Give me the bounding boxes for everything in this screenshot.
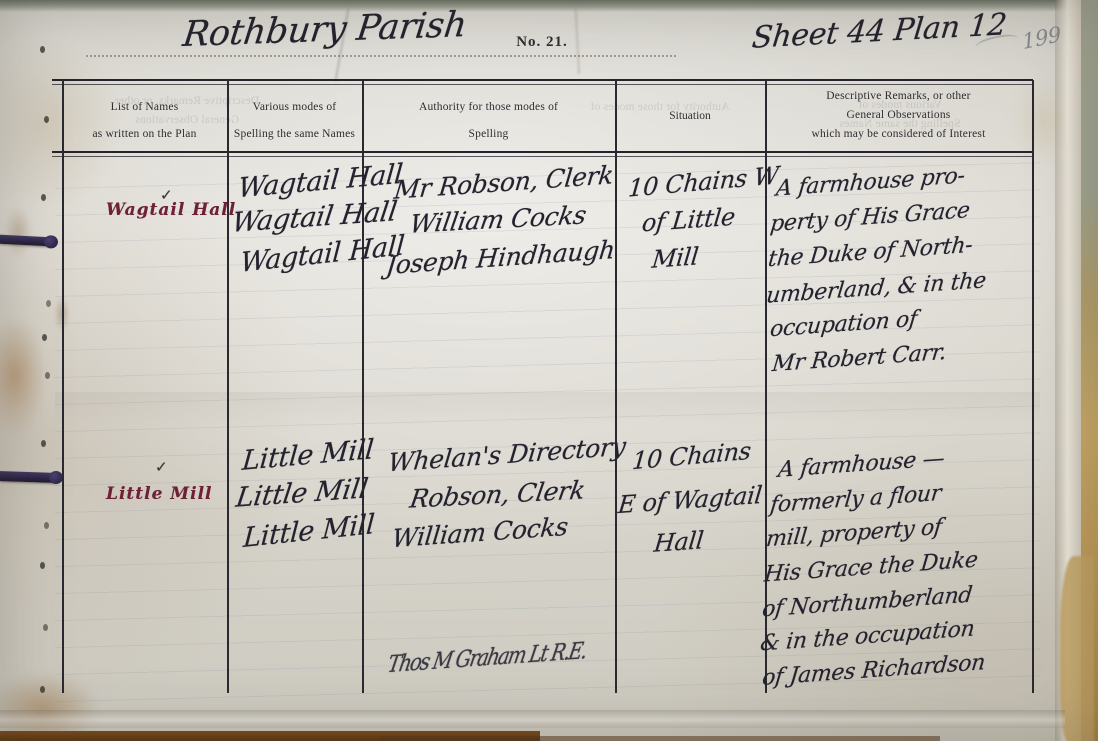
stitch-hole <box>40 46 45 53</box>
wood-table-edge <box>380 736 940 741</box>
column-divider <box>615 80 617 693</box>
paper-fold-shade <box>55 392 1040 426</box>
stitch-hole <box>41 440 46 447</box>
column-divider <box>227 80 229 693</box>
stitch-hole <box>44 116 49 123</box>
stitch-hole <box>41 194 46 201</box>
bleed-through-text: Descriptive Remarks, or other General Ob… <box>62 92 312 130</box>
header-bottom-border <box>52 151 1033 153</box>
bottom-fold <box>0 710 1065 728</box>
stitch-hole <box>42 334 47 341</box>
stitch-hole <box>46 300 51 307</box>
table-top-border <box>52 79 1033 81</box>
header-bottom-border-inner <box>52 156 1033 157</box>
stain <box>4 206 32 258</box>
row2-plan-name: Little Mill <box>106 484 213 504</box>
table-left-border <box>62 80 64 693</box>
stitch-hole <box>43 624 48 631</box>
stitch-hole <box>44 522 49 529</box>
bleed-through-text: Authority for those modes of <box>560 98 760 117</box>
check-mark: ✓ <box>155 458 167 476</box>
page-number-label: No. 21. <box>497 34 587 51</box>
table-right-border <box>1032 80 1034 693</box>
table-top-border-inner <box>52 84 1033 85</box>
row1-plan-name: Wagtail Hall <box>106 200 236 220</box>
binding-thread <box>0 471 59 483</box>
stitch-hole <box>40 686 45 693</box>
column-header-line: Spelling <box>362 121 615 148</box>
bleed-through-text: Various modes of Spelling the same Names <box>770 96 1030 134</box>
right-backing-deckle <box>1060 556 1094 741</box>
stitch-hole <box>40 562 45 569</box>
row1-situation-line: Mill <box>651 242 700 274</box>
stitch-hole <box>45 372 50 379</box>
name-book-page-photo: Rothbury Parish No. 21. Sheet 44 Plan 12… <box>0 0 1098 741</box>
header-dotted-rule <box>86 55 676 57</box>
row2-situation-line: Hall <box>653 526 705 558</box>
